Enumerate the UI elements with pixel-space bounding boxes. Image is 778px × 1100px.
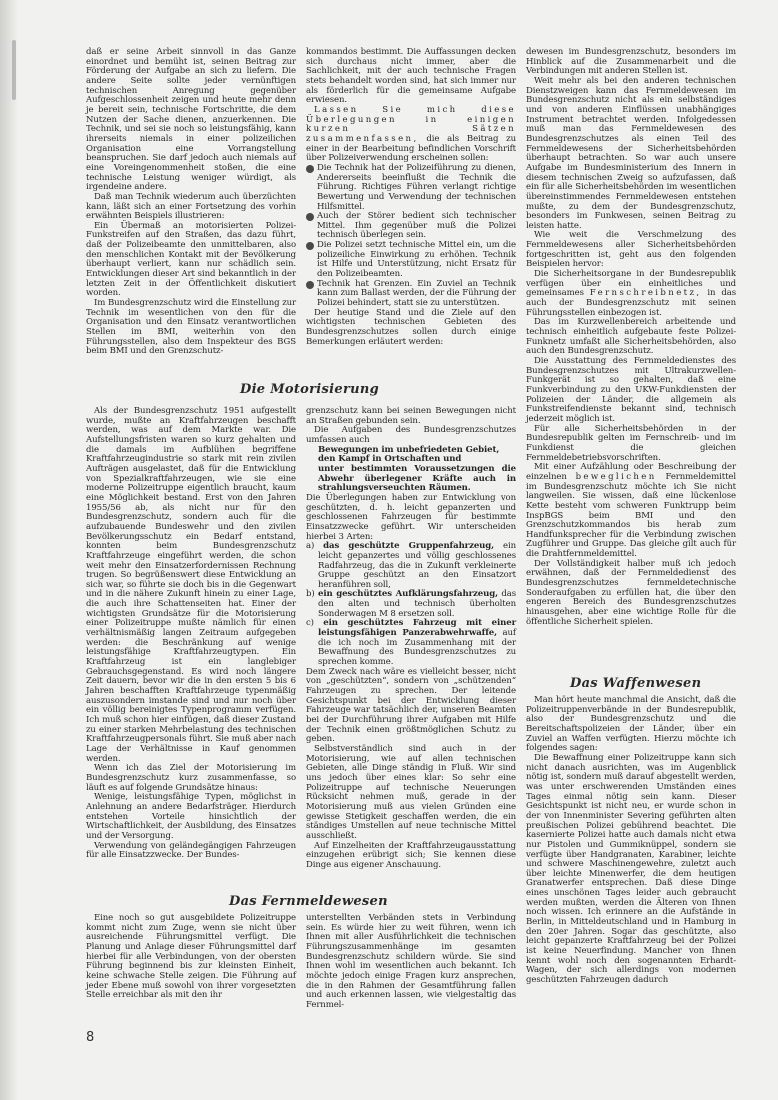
paragraph: Die Sicherheitsorgane in der Bundesrepub… xyxy=(526,270,736,318)
paragraph: Die Aufgaben des Bundesgrenzschutzes umf… xyxy=(306,426,516,445)
column-2-motorisierung: grenzschutz kann bei seinen Bewegungen n… xyxy=(306,407,516,871)
paragraph: Im Bundesgrenzschutz wird die Einstellun… xyxy=(86,299,296,357)
page-edge-shadow xyxy=(0,0,18,1100)
paragraph: Daß man Technik wiederum auch überzüchte… xyxy=(86,193,296,222)
paragraph: Die Überlegungen haben zur Entwicklung v… xyxy=(306,494,516,542)
paragraph: grenzschutz kann bei seinen Bewegungen n… xyxy=(306,407,516,426)
column-3-waffenwesen: Man hört heute manchmal die Ansicht, daß… xyxy=(526,696,736,986)
column-3-fernmeldewesen: dewesen im Bundesgrenzschutz, besonders … xyxy=(526,48,736,627)
paragraph: Ein Übermaß an motorisierten Polizei-Fun… xyxy=(86,222,296,299)
paragraph: Der Vollständigkeit halber muß ich jedoc… xyxy=(526,560,736,628)
paragraph: Man hört heute manchmal die Ansicht, daß… xyxy=(526,696,736,754)
vehicle-type-c: c) ein geschütztes Fahrzeug mit einer le… xyxy=(306,619,516,667)
paragraph: Die Ausstattung des Fernmeldedienstes de… xyxy=(526,357,736,425)
paragraph: Weit mehr als bei den anderen technische… xyxy=(526,77,736,232)
column-2-fernmeldewesen: unterstellten Verbänden stets in Verbind… xyxy=(306,914,516,1011)
paragraph: Der heutige Stand und die Ziele auf den … xyxy=(306,309,516,348)
vehicle-type-b: b) ein geschütztes Aufklärungsfahrzeug, … xyxy=(306,590,516,619)
page-number: 8 xyxy=(86,1030,94,1045)
heading-fernmeldewesen: Das Fernmeldewesen xyxy=(229,894,388,909)
paragraph: Wenige, leistungsfähige Typen, möglichst… xyxy=(86,793,296,841)
binding-mark xyxy=(12,40,16,100)
paragraph: unterstellten Verbänden stets in Verbind… xyxy=(306,914,516,1011)
paragraph: Auf Einzelheiten der Kraftfahrzeugaussta… xyxy=(306,842,516,871)
bullet-item: Technik hat Grenzen. Ein Zuviel an Techn… xyxy=(306,280,516,309)
summary-paragraph: Lassen Sie mich diese Überlegungen in ei… xyxy=(306,106,516,164)
paragraph: Die Bewaffnung einer Polizeitruppe kann … xyxy=(526,754,736,986)
paragraph: Für alle Sicherheitsbehörden in der Bund… xyxy=(526,425,736,464)
paragraph: Das im Kurzwellenbereich arbeitende und … xyxy=(526,318,736,357)
paragraph: Selbstverständlich sind auch in der Moto… xyxy=(306,745,516,842)
vehicle-type-a: a) das geschützte Gruppenfahrzeug, ein l… xyxy=(306,542,516,590)
heading-waffenwesen: Das Waffenwesen xyxy=(570,676,701,691)
paragraph: Eine noch so gut ausgebildete Polizeitru… xyxy=(86,914,296,1001)
heading-motorisierung: Die Motorisierung xyxy=(240,382,379,397)
column-1-motorisierung: Als der Bundesgrenzschutz 1951 aufgestel… xyxy=(86,407,296,861)
paragraph: Als der Bundesgrenzschutz 1951 aufgestel… xyxy=(86,407,296,764)
paragraph: daß er seine Arbeit sinnvoll in das Ganz… xyxy=(86,48,296,193)
paragraph: Verwendung von geländegängigen Fahrzeuge… xyxy=(86,842,296,861)
bullet-item: Die Polizei setzt technische Mittel ein,… xyxy=(306,241,516,280)
paragraph: kommandos bestimmt. Die Auffassungen dec… xyxy=(306,48,516,106)
paragraph: dewesen im Bundesgrenzschutz, besonders … xyxy=(526,48,736,77)
column-1-fernmeldewesen: Eine noch so gut ausgebildete Polizeitru… xyxy=(86,914,296,1001)
column-1-intro: daß er seine Arbeit sinnvoll in das Ganz… xyxy=(86,48,296,357)
paragraph: Dem Zweck nach wäre es vielleicht besser… xyxy=(306,668,516,745)
task-item: unter bestimmten Voraussetzungen die Abw… xyxy=(306,465,516,494)
paragraph: Wenn ich das Ziel der Motorisierung im B… xyxy=(86,764,296,793)
bullet-item: Auch der Störer bedient sich technischer… xyxy=(306,212,516,241)
bullet-item: Die Technik hat der Polizeiführung zu di… xyxy=(306,164,516,212)
paragraph: Mit einer Aufzählung oder Beschreibung d… xyxy=(526,463,736,560)
paragraph: Wie weit die Verschmelzung des Fernmelde… xyxy=(526,231,736,270)
column-2-intro: kommandos bestimmt. Die Auffassungen dec… xyxy=(306,48,516,347)
